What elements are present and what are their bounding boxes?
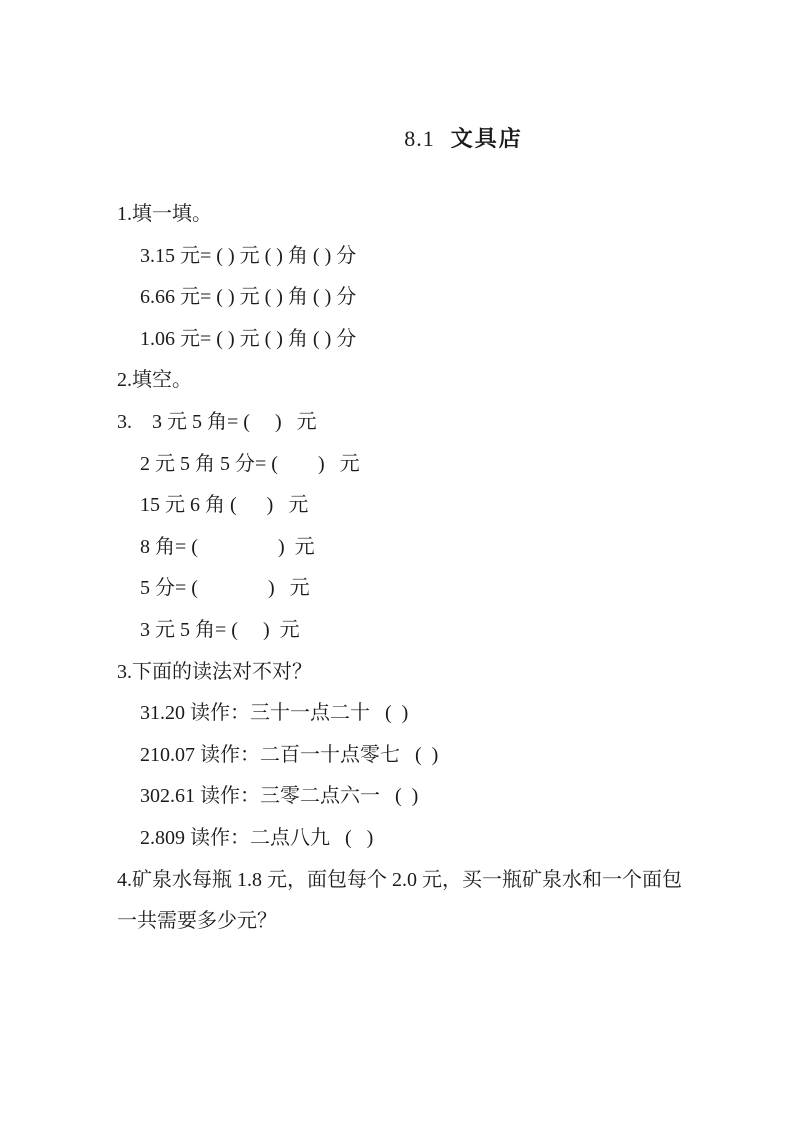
question-3-blank-line-5: 3 元 5 角= ( ) 元 [117, 610, 737, 652]
question-3b-reading-line-3: 302.61 读作：三零二点六一 ( ) [117, 776, 737, 818]
question-2-heading: 2.填空。 [117, 360, 737, 402]
lesson-name: 文具店 [451, 126, 523, 151]
question-3-heading-with-first-item: 3. 3 元 5 角= ( ) 元 [117, 402, 737, 444]
question-3-blank-line-2: 15 元 6 角 ( ) 元 [117, 485, 737, 527]
question-4-word-problem: 4.矿泉水每瓶 1.8 元，面包每个 2.0 元，买一瓶矿泉水和一个面包一共需要… [117, 860, 689, 943]
question-1-blank-line-2: 6.66 元= ( ) 元 ( ) 角 ( ) 分 [117, 277, 737, 319]
question-3b-reading-line-1: 31.20 读作：三十一点二十 ( ) [117, 693, 737, 735]
question-1-blank-line-3: 1.06 元= ( ) 元 ( ) 角 ( ) 分 [117, 319, 737, 361]
question-3b-reading-line-4: 2.809 读作：二点八九 ( ) [117, 818, 737, 860]
question-1-blank-line-1: 3.15 元= ( ) 元 ( ) 角 ( ) 分 [117, 236, 737, 278]
question-3b-heading: 3.下面的读法对不对？ [117, 652, 737, 694]
worksheet-title: 8.1文具店 [0, 0, 793, 181]
question-3-blank-line-4: 5 分= ( ) 元 [117, 568, 737, 610]
question-3b-reading-line-2: 210.07 读作：二百一十点零七 ( ) [117, 735, 737, 777]
question-1-heading: 1.填一填。 [117, 194, 737, 236]
worksheet-page: 8.1文具店 1.填一填。 3.15 元= ( ) 元 ( ) 角 ( ) 分 … [0, 0, 793, 1122]
question-3-blank-line-1: 2 元 5 角 5 分= ( ) 元 [117, 444, 737, 486]
question-3-blank-line-3: 8 角= ( ) 元 [117, 527, 737, 569]
lesson-number: 8.1 [404, 126, 435, 151]
worksheet-body: 1.填一填。 3.15 元= ( ) 元 ( ) 角 ( ) 分 6.66 元=… [0, 194, 793, 943]
